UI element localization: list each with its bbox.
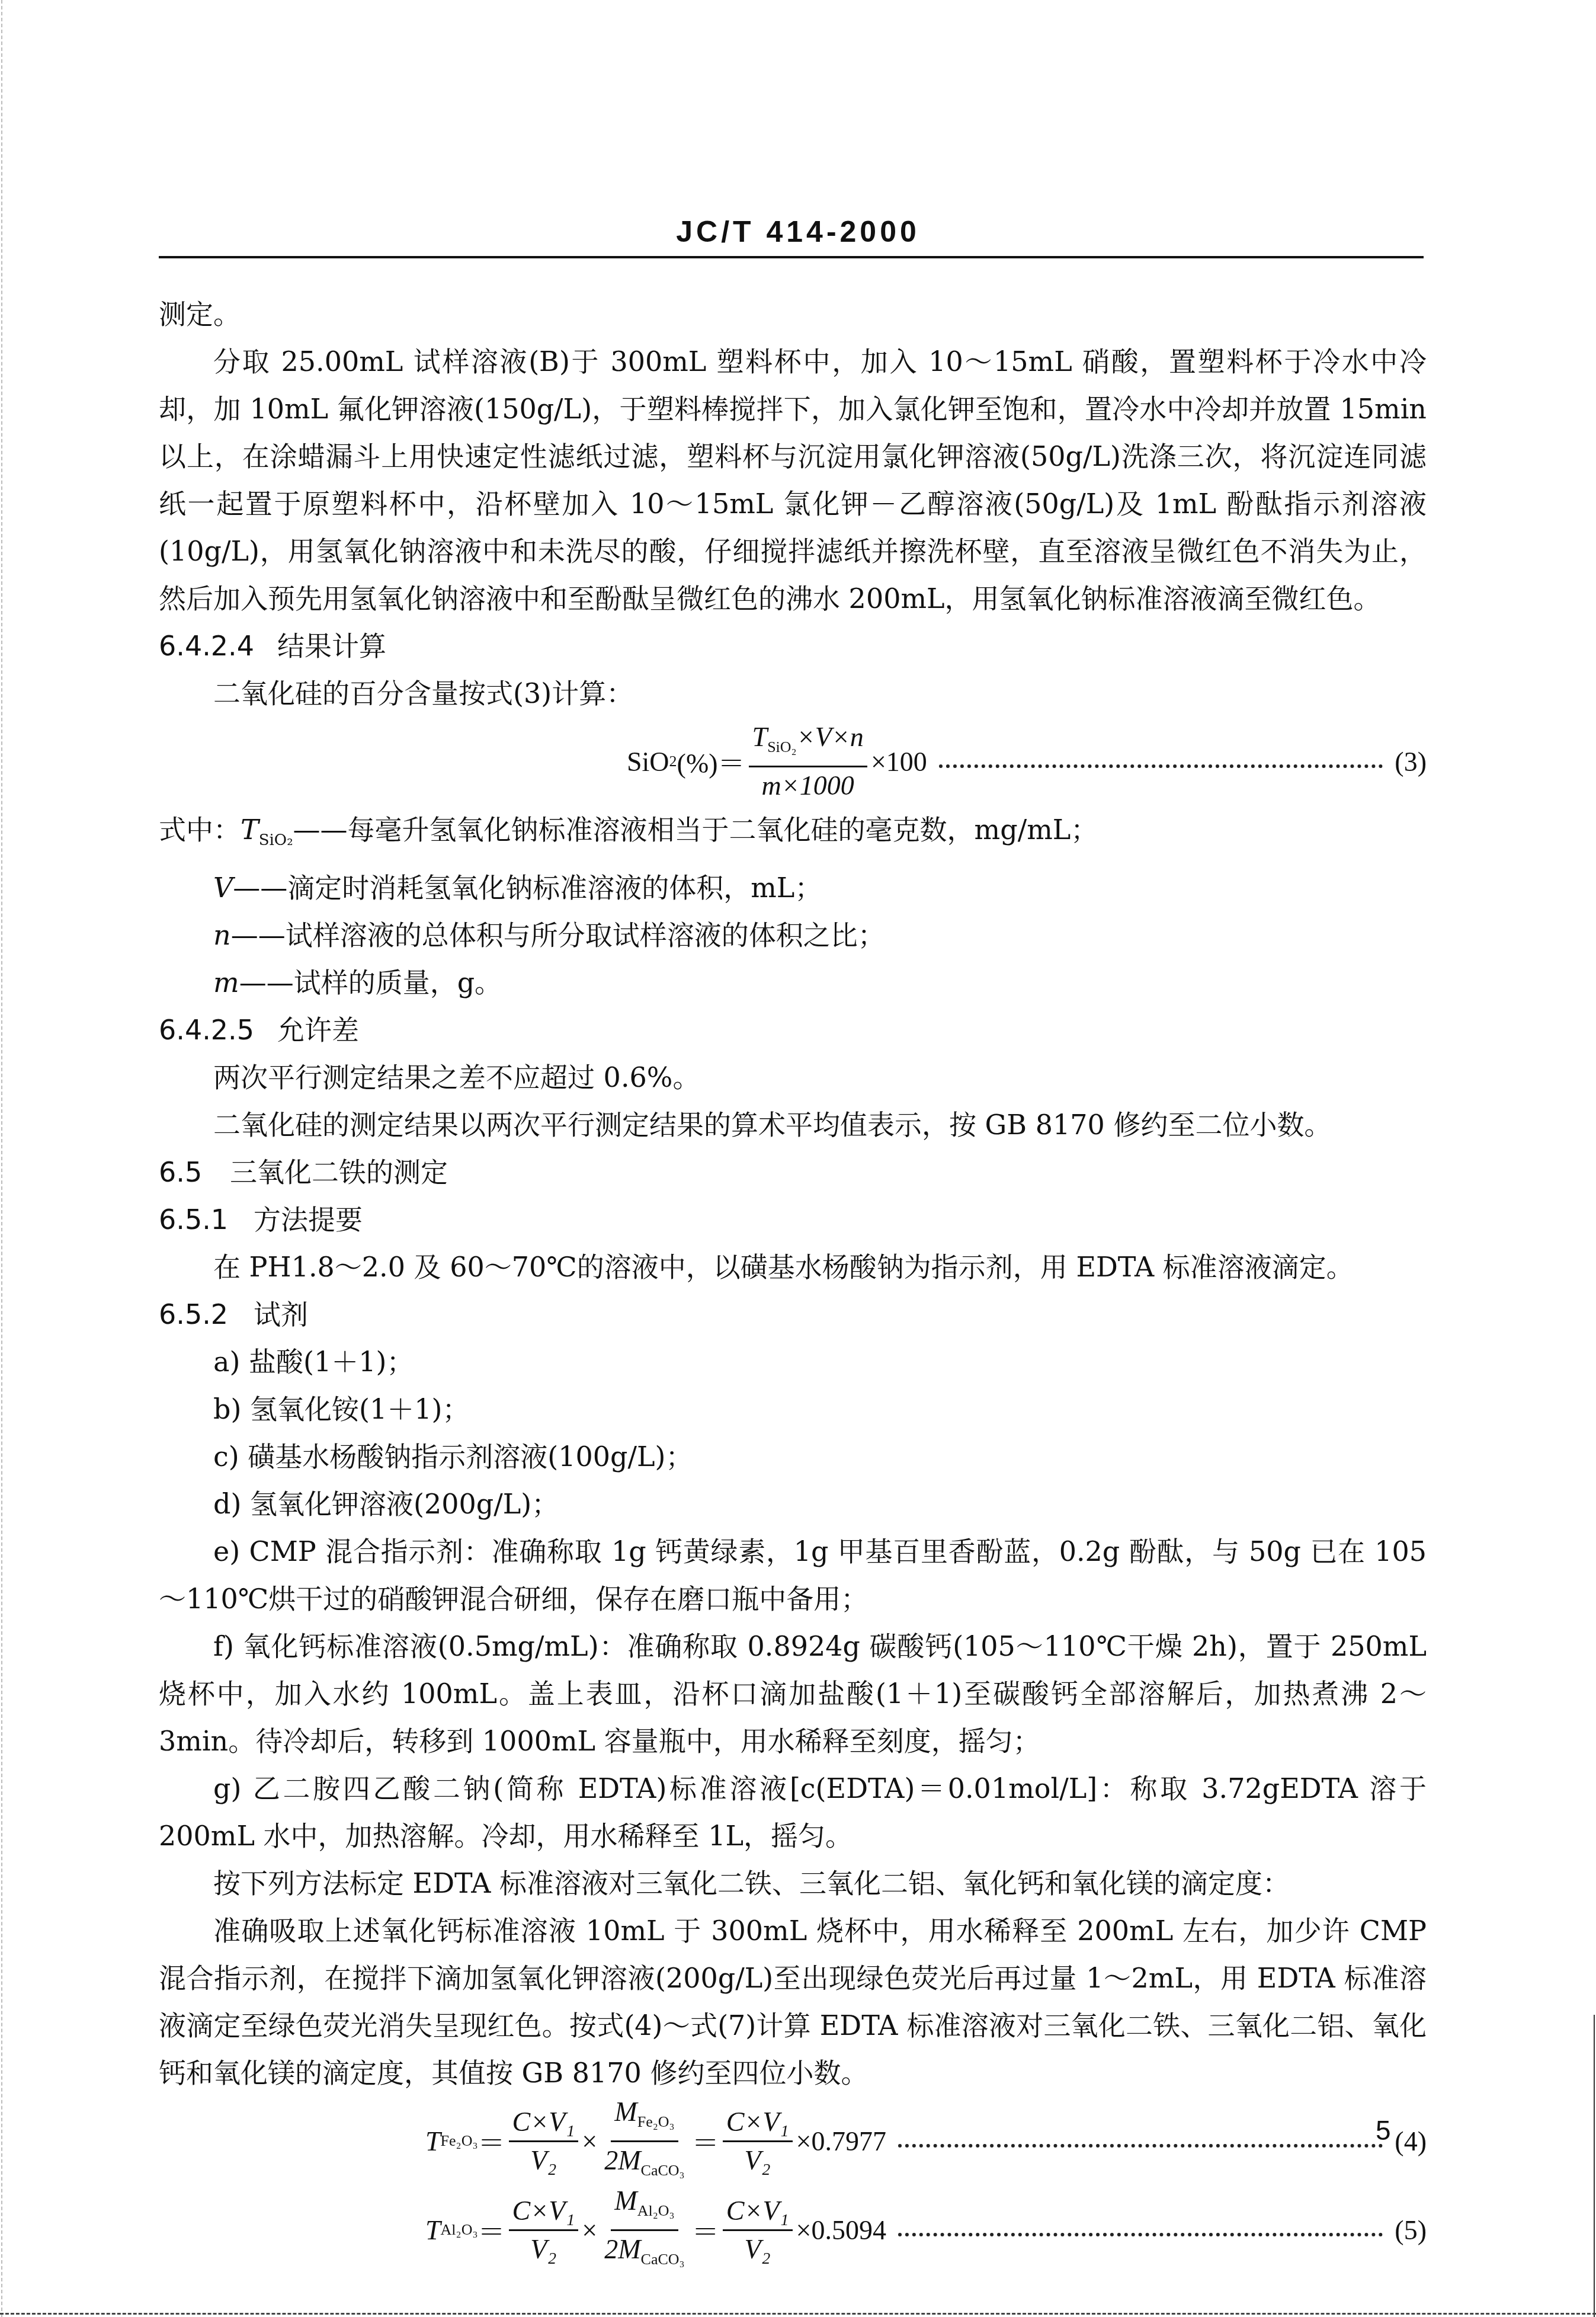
- formula-subscript: Al₂O₃: [637, 2202, 675, 2219]
- formula-subscript: 2: [669, 753, 677, 770]
- scan-edge: [0, 2313, 1596, 2315]
- formula-tail: ×0.7977: [796, 2126, 886, 2157]
- fraction-numerator: C×V₁: [509, 2194, 579, 2231]
- section-heading-651: 6.5.1方法提要: [159, 1196, 1427, 1243]
- equation-number: (3): [1395, 746, 1427, 777]
- paragraph-tolerance: 两次平行测定结果之差不应超过 0.6%。: [159, 1054, 1427, 1101]
- equation-number: (5): [1395, 2214, 1427, 2246]
- page-number: 5: [1376, 2114, 1391, 2146]
- section-title: 结果计算: [277, 630, 386, 662]
- formula-expression: TFe₂O₃＝ C×V₁ V₂ × MFe₂O₃ 2MCaCO₃ ＝ C×V₁ …: [425, 2095, 886, 2188]
- formula-expression: TAl₂O₃＝ C×V₁ V₂ × MAl₂O₃ 2MCaCO₃ ＝ C×V₁ …: [425, 2184, 886, 2277]
- variable-description: ——试样的质量，g。: [239, 967, 502, 999]
- symbol: T: [425, 2126, 441, 2157]
- section-heading-6424: 6.4.2.4结果计算: [159, 622, 1427, 670]
- fraction: MFe₂O₃ 2MCaCO₃: [601, 2095, 688, 2188]
- section-title: 三氧化二铁的测定: [230, 1156, 448, 1188]
- symbol: T: [752, 722, 768, 752]
- times-sign: ×: [582, 2214, 597, 2246]
- fraction: C×V₁ V₂: [723, 2105, 793, 2178]
- fraction-denominator: V₂: [527, 2142, 560, 2178]
- section-number: 6.4.2.5: [159, 1006, 277, 1054]
- reagent-item: f) 氧化钙标准溶液(0.5mg/mL)：准确称取 0.8924g 碳酸钙(10…: [159, 1622, 1427, 1765]
- symbol: n: [213, 919, 231, 951]
- equals-sign: ＝: [478, 2121, 505, 2161]
- formula-tail: ×0.5094: [796, 2214, 886, 2246]
- fraction-numerator: MFe₂O₃: [611, 2095, 678, 2142]
- variable-definition: 式中：TSiO₂——每毫升氢氧化钠标准溶液相当于二氧化硅的毫克数，mg/mL；: [159, 806, 1427, 864]
- fraction-denominator: V₂: [741, 2142, 774, 2178]
- section-title: 试剂: [254, 1298, 308, 1330]
- symbol: V: [213, 872, 233, 904]
- fraction: TSiO₂×V×n m×1000: [749, 720, 867, 803]
- formula-5: TAl₂O₃＝ C×V₁ V₂ × MAl₂O₃ 2MCaCO₃ ＝ C×V₁ …: [159, 2185, 1427, 2274]
- formula-lhs-tail: (%)＝: [677, 742, 745, 781]
- formula-4: TFe₂O₃＝ C×V₁ V₂ × MFe₂O₃ 2MCaCO₃ ＝ C×V₁ …: [159, 2097, 1427, 2185]
- where-label: 式中：: [159, 814, 241, 846]
- section-number: 6.5.1: [159, 1196, 254, 1243]
- reagent-item: c) 磺基水杨酸钠指示剂溶液(100g/L)；: [159, 1433, 1427, 1480]
- formula-tail: ×100: [871, 746, 927, 777]
- paragraph-standardization-procedure: 准确吸取上述氧化钙标准溶液 10mL 于 300mL 烧杯中，用水稀释至 200…: [159, 1907, 1427, 2097]
- section-number: 6.5: [159, 1148, 230, 1196]
- formula-subscript: SiO₂: [767, 738, 797, 756]
- symbol: T: [241, 814, 259, 846]
- symbol: m: [213, 967, 239, 999]
- page-body: 测定。 分取 25.00mL 试样溶液(B)于 300mL 塑料杯中，加入 10…: [159, 290, 1427, 2274]
- symbol: ×V×n: [797, 722, 864, 752]
- fraction-denominator: V₂: [741, 2231, 774, 2267]
- fraction-numerator: C×V₁: [509, 2105, 579, 2142]
- variable-description: ——滴定时消耗氢氧化钠标准溶液的体积，mL；: [233, 872, 822, 904]
- formula-subscript: Fe₂O₃: [637, 2113, 675, 2130]
- section-number: 6.5.2: [159, 1291, 254, 1338]
- fraction-numerator: C×V₁: [723, 2194, 793, 2231]
- variable-definition: m——试样的质量，g。: [159, 959, 1427, 1006]
- fraction-numerator: TSiO₂×V×n: [749, 720, 867, 767]
- fraction-denominator: V₂: [527, 2231, 560, 2267]
- symbol: M: [614, 2185, 637, 2216]
- symbol: M: [614, 2097, 637, 2127]
- section-heading-6425: 6.4.2.5允许差: [159, 1006, 1427, 1054]
- paragraph-procedure: 分取 25.00mL 试样溶液(B)于 300mL 塑料杯中，加入 10～15m…: [159, 338, 1427, 622]
- reagent-item: a) 盐酸(1＋1)；: [159, 1338, 1427, 1385]
- fraction: C×V₁ V₂: [509, 2105, 579, 2178]
- fraction: C×V₁ V₂: [723, 2194, 793, 2267]
- formula-subscript: CaCO₃: [641, 2162, 685, 2179]
- section-heading-65: 6.5三氧化二铁的测定: [159, 1148, 1427, 1196]
- symbol: 2M: [604, 2145, 640, 2175]
- formula-expression: SiO2(%)＝ TSiO₂×V×n m×1000 ×100: [627, 720, 927, 803]
- scan-edge: [1594, 2015, 1595, 2317]
- reagent-item: g) 乙二胺四乙酸二钠(简称 EDTA)标准溶液[c(EDTA)＝0.01mol…: [159, 1765, 1427, 1860]
- section-number: 6.4.2.4: [159, 622, 277, 670]
- formula-3: SiO2(%)＝ TSiO₂×V×n m×1000 ×100 (3): [159, 717, 1427, 806]
- scan-edge: [1, 0, 2, 2317]
- paragraph-result-rounding: 二氧化硅的测定结果以两次平行测定结果的算术平均值表示，按 GB 8170 修约至…: [159, 1101, 1427, 1148]
- fraction-denominator: 2MCaCO₃: [601, 2231, 688, 2277]
- variable-definition: n——试样溶液的总体积与所分取试样溶液的体积之比；: [159, 911, 1427, 959]
- fraction-numerator: MAl₂O₃: [611, 2184, 678, 2231]
- paragraph-calc-intro: 二氧化硅的百分含量按式(3)计算：: [159, 670, 1427, 717]
- reagent-item: e) CMP 混合指示剂：准确称取 1g 钙黄绿素，1g 甲基百里香酚蓝，0.2…: [159, 1528, 1427, 1622]
- section-title: 方法提要: [254, 1204, 363, 1236]
- fraction: MAl₂O₃ 2MCaCO₃: [601, 2184, 688, 2277]
- reagent-item: d) 氢氧化钾溶液(200g/L)；: [159, 1480, 1427, 1528]
- formula-subscript: Al₂O₃: [441, 2221, 478, 2239]
- paragraph-method-summary: 在 PH1.8～2.0 及 60～70℃的溶液中，以磺基水杨酸钠为指示剂，用 E…: [159, 1243, 1427, 1291]
- paragraph-standardization-intro: 按下列方法标定 EDTA 标准溶液对三氧化二铁、三氧化二铝、氧化钙和氧化镁的滴定…: [159, 1860, 1427, 1907]
- formula-subscript: Fe₂O₃: [441, 2132, 478, 2150]
- fraction-numerator: C×V₁: [723, 2105, 793, 2142]
- continued-text: 测定。: [159, 290, 1427, 338]
- equals-sign: ＝: [478, 2210, 505, 2249]
- section-heading-652: 6.5.2试剂: [159, 1291, 1427, 1338]
- section-title: 允许差: [277, 1014, 359, 1046]
- variable-description: ——试样溶液的总体积与所分取试样溶液的体积之比；: [231, 919, 885, 951]
- formula-lhs: SiO: [627, 746, 669, 777]
- equation-number: (4): [1395, 2126, 1427, 2157]
- equals-sign: ＝: [692, 2121, 719, 2161]
- symbol: 2M: [604, 2234, 640, 2264]
- reagent-item: b) 氢氧化铵(1＋1)；: [159, 1385, 1427, 1433]
- variable-definition: V——滴定时消耗氢氧化钠标准溶液的体积，mL；: [159, 864, 1427, 911]
- equals-sign: ＝: [692, 2210, 719, 2249]
- formula-subscript: SiO₂: [259, 831, 293, 849]
- times-sign: ×: [582, 2126, 597, 2157]
- fraction-denominator: m×1000: [758, 767, 858, 803]
- standard-code-header: JC/T 414-2000: [0, 215, 1596, 249]
- symbol: T: [425, 2214, 441, 2246]
- fraction: C×V₁ V₂: [509, 2194, 579, 2267]
- formula-subscript: CaCO₃: [641, 2251, 685, 2268]
- fraction-denominator: 2MCaCO₃: [601, 2142, 688, 2188]
- document-page: JC/T 414-2000 测定。 分取 25.00mL 试样溶液(B)于 30…: [0, 0, 1596, 2317]
- dot-leader: [898, 2233, 1383, 2236]
- dot-leader: [898, 2144, 1383, 2148]
- header-rule: [159, 256, 1424, 258]
- variable-description: ——每毫升氢氧化钠标准溶液相当于二氧化硅的毫克数，mg/mL；: [293, 814, 1098, 846]
- dot-leader: [939, 764, 1383, 768]
